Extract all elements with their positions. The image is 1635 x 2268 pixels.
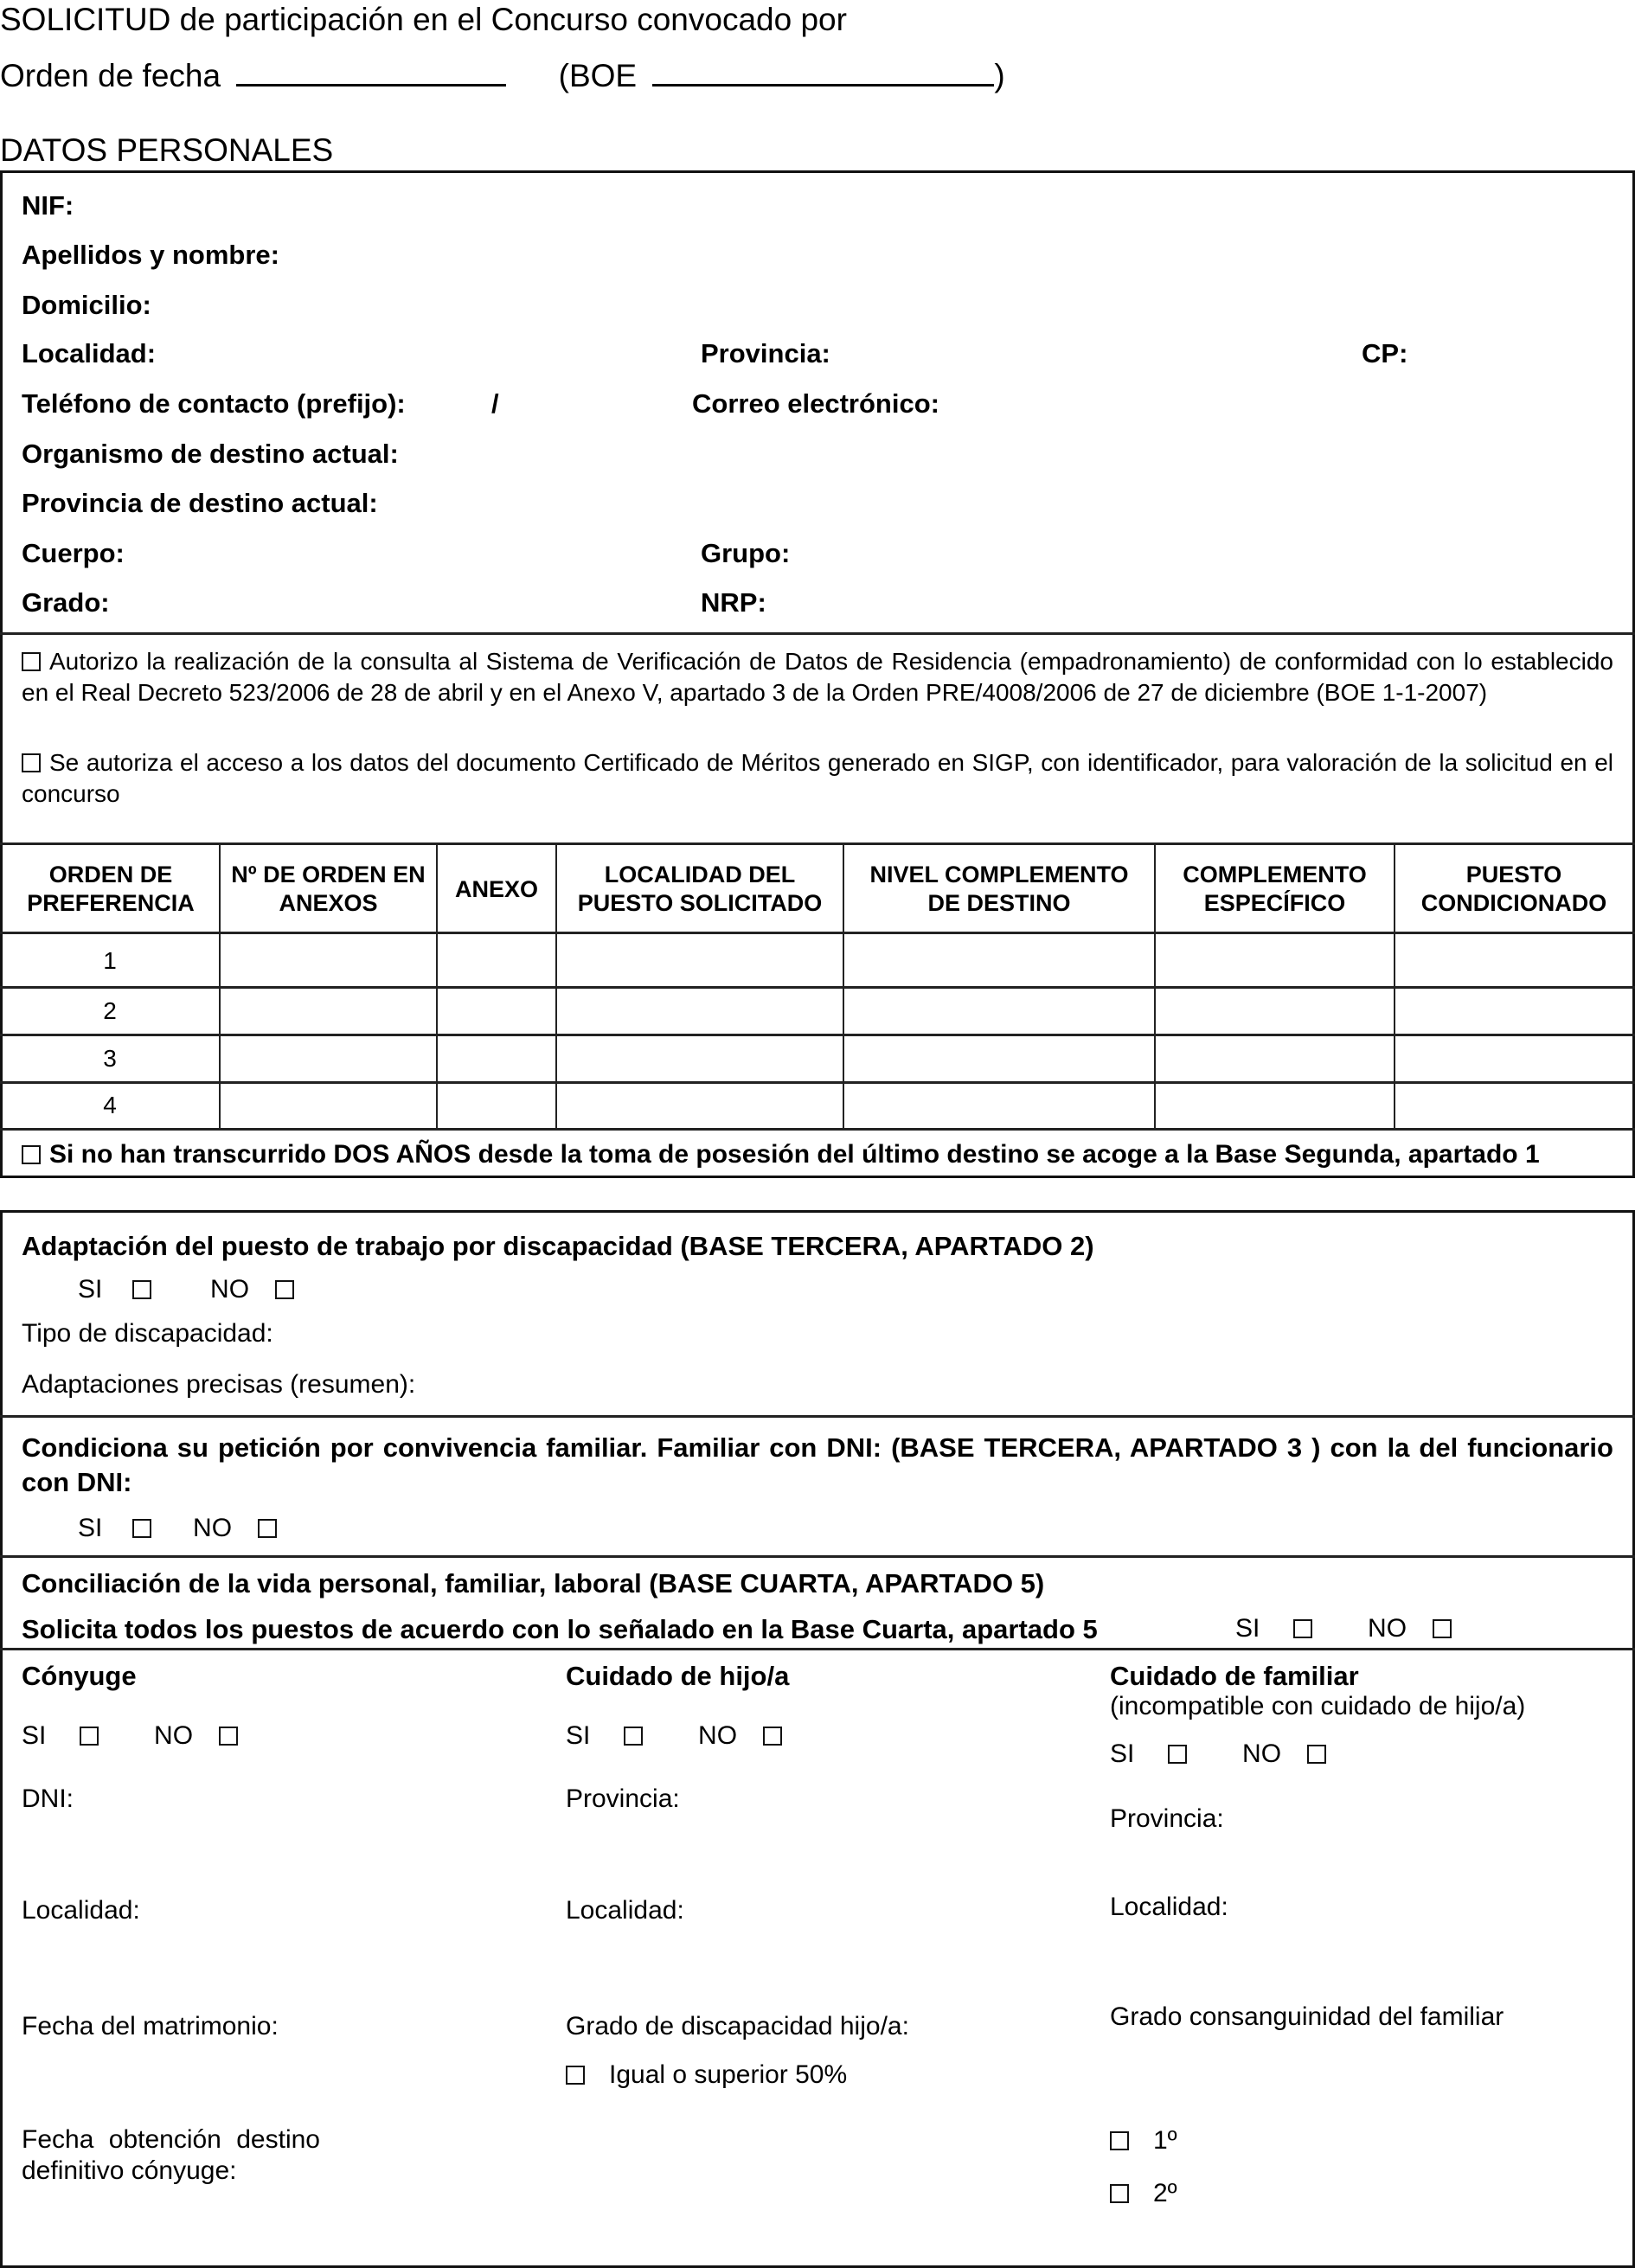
familiar-si-no: SI NO (1110, 1741, 1326, 1767)
field-localidad[interactable]: Localidad: (22, 340, 156, 367)
authorization-residencia-text: Autorizo la realización de la consulta a… (22, 648, 1613, 706)
discapacidad-si-no: SI NO (78, 1277, 294, 1303)
orden-fecha-field[interactable] (236, 58, 506, 86)
convivencia-si-checkbox[interactable] (132, 1519, 151, 1538)
fecha-matrimonio-field[interactable]: Fecha del matrimonio: (22, 2014, 279, 2040)
table-cell[interactable] (845, 1084, 1154, 1125)
table-cell[interactable] (439, 934, 555, 986)
table-cell[interactable] (1157, 934, 1394, 986)
solicita-si-no: SI NO (1235, 1616, 1452, 1642)
adaptaciones-field[interactable]: Adaptaciones precisas (resumen): (22, 1372, 415, 1398)
table-cell[interactable] (439, 1084, 555, 1125)
field-provincia-destino[interactable]: Provincia de destino actual: (22, 490, 378, 516)
boe-open-label: (BOE (559, 58, 637, 93)
conyuge-dni-field[interactable]: DNI: (22, 1786, 74, 1812)
field-grado[interactable]: Grado: (22, 589, 110, 616)
table-cell[interactable] (1396, 989, 1630, 1034)
field-correo[interactable]: Correo electrónico: (692, 390, 939, 417)
hijo-si-label: SI (566, 1721, 590, 1750)
table-cell[interactable] (221, 1036, 436, 1081)
table-cell[interactable] (1157, 989, 1394, 1034)
table-cell[interactable] (221, 934, 436, 986)
table-cell[interactable] (439, 1036, 555, 1081)
th-anexo: ANEXO (438, 846, 555, 932)
familiar-title: Cuidado de familiar (1110, 1663, 1359, 1689)
hijo-localidad-field[interactable]: Localidad: (566, 1898, 684, 1924)
grado-2-label: 2º (1153, 2179, 1177, 2207)
grado-1-option: 1º (1110, 2128, 1177, 2154)
conyuge-title: Cónyuge (22, 1663, 137, 1689)
table-cell[interactable] (1396, 1036, 1630, 1081)
field-telefono[interactable]: Teléfono de contacto (prefijo): (22, 390, 406, 417)
conyuge-localidad-field[interactable]: Localidad: (22, 1898, 140, 1924)
discapacidad-title: Adaptación del puesto de trabajo por dis… (22, 1233, 1094, 1259)
divider (0, 1415, 1635, 1418)
table-cell[interactable] (558, 934, 843, 986)
hijo-si-no: SI NO (566, 1723, 782, 1749)
telefono-separator: / (491, 390, 499, 417)
igual-superior-checkbox[interactable] (566, 2066, 585, 2085)
grado-discapacidad-hijo-field[interactable]: Grado de discapacidad hijo/a: (566, 2014, 909, 2040)
dos-anos-note: Si no han transcurrido DOS AÑOS desde la… (22, 1142, 1540, 1168)
field-grupo[interactable]: Grupo: (701, 540, 790, 567)
table-top-border (0, 842, 1635, 845)
table-row-3-orden: 3 (0, 1047, 220, 1071)
familiar-si-label: SI (1110, 1739, 1134, 1768)
conyuge-si-no: SI NO (22, 1723, 238, 1749)
familiar-no-label: NO (1242, 1739, 1281, 1768)
authorization-meritos: Se autoriza el acceso a los datos del do… (22, 747, 1613, 810)
conyuge-no-checkbox[interactable] (219, 1727, 238, 1746)
solicita-si-label: SI (1235, 1614, 1260, 1643)
convivencia-si-no: SI NO (78, 1515, 277, 1541)
table-cell[interactable] (845, 1036, 1154, 1081)
table-row-2-orden: 2 (0, 999, 220, 1023)
discapacidad-si-checkbox[interactable] (132, 1280, 151, 1299)
th-nivel: NIVEL COMPLEMENTO DE DESTINO (844, 846, 1154, 932)
familiar-subtitle: (incompatible con cuidado de hijo/a) (1110, 1694, 1525, 1720)
authorization-meritos-text: Se autoriza el acceso a los datos del do… (22, 749, 1613, 807)
field-provincia[interactable]: Provincia: (701, 340, 830, 367)
table-cell[interactable] (558, 989, 843, 1034)
table-row-1-orden: 1 (0, 949, 220, 973)
table-cell[interactable] (1157, 1084, 1394, 1125)
divider (0, 1648, 1635, 1650)
table-cell[interactable] (1157, 1036, 1394, 1081)
hijo-title: Cuidado de hijo/a (566, 1663, 789, 1689)
grado-1-checkbox[interactable] (1110, 2131, 1129, 2150)
grado-1-label: 1º (1153, 2126, 1177, 2155)
conyuge-si-checkbox[interactable] (80, 1727, 99, 1746)
th-complemento-especifico: COMPLEMENTO ESPECÍFICO (1156, 846, 1394, 932)
grado-2-option: 2º (1110, 2181, 1177, 2207)
dos-anos-checkbox[interactable] (22, 1145, 41, 1164)
table-bottom-border (0, 1128, 1635, 1131)
conyuge-no-label: NO (154, 1721, 193, 1750)
orden-label: Orden de fecha (0, 58, 221, 93)
familiar-localidad-field[interactable]: Localidad: (1110, 1894, 1228, 1920)
convivencia-no-label: NO (193, 1514, 232, 1542)
grado-consanguinidad-label: Grado consanguinidad del familiar (1110, 2004, 1504, 2030)
discapacidad-no-checkbox[interactable] (275, 1280, 294, 1299)
fecha-destino-conyuge-field[interactable]: Fecha obtención destino definitivo cónyu… (22, 2124, 320, 2187)
th-puesto-condicionado: PUESTO CONDICIONADO (1395, 846, 1632, 932)
field-apellidos[interactable]: Apellidos y nombre: (22, 241, 279, 268)
convivencia-si-label: SI (78, 1514, 102, 1542)
familiar-si-checkbox[interactable] (1168, 1745, 1187, 1764)
solicita-si-checkbox[interactable] (1293, 1619, 1312, 1638)
solicita-no-checkbox[interactable] (1433, 1619, 1452, 1638)
form-title: SOLICITUD de participación en el Concurs… (0, 3, 847, 35)
boe-field[interactable] (652, 58, 994, 86)
field-organismo[interactable]: Organismo de destino actual: (22, 440, 399, 467)
solicita-todos-text: Solicita todos los puestos de acuerdo co… (22, 1616, 1098, 1643)
table-cell[interactable] (558, 1036, 843, 1081)
familiar-no-checkbox[interactable] (1307, 1745, 1326, 1764)
table-row-4-orden: 4 (0, 1093, 220, 1118)
orden-line: Orden de fecha (BOE ) (0, 58, 1005, 92)
conditions-box (0, 1210, 1635, 2268)
table-cell[interactable] (558, 1084, 843, 1125)
divider (0, 1555, 1635, 1558)
dos-anos-text: Si no han transcurrido DOS AÑOS desde la… (49, 1140, 1540, 1169)
hijo-no-label: NO (698, 1721, 737, 1750)
table-cell[interactable] (221, 1084, 436, 1125)
section-title-datos-personales: DATOS PERSONALES (0, 134, 333, 166)
divider (0, 632, 1635, 635)
field-cuerpo[interactable]: Cuerpo: (22, 540, 125, 567)
field-cp[interactable]: CP: (1362, 340, 1407, 367)
table-cell[interactable] (221, 989, 436, 1034)
discapacidad-si-label: SI (78, 1275, 102, 1304)
boe-close-label: ) (994, 58, 1004, 93)
igual-superior-label: Igual o superior 50% (609, 2060, 847, 2089)
th-numero-orden: Nº DE ORDEN EN ANEXOS (221, 846, 436, 932)
residencia-checkbox[interactable] (22, 652, 41, 671)
familiar-provincia-field[interactable]: Provincia: (1110, 1806, 1224, 1832)
table-cell[interactable] (439, 989, 555, 1034)
convivencia-no-checkbox[interactable] (258, 1519, 277, 1538)
th-localidad: LOCALIDAD DEL PUESTO SOLICITADO (557, 846, 843, 932)
igual-superior-option: Igual o superior 50% (566, 2062, 847, 2088)
field-domicilio[interactable]: Domicilio: (22, 292, 151, 318)
table-cell[interactable] (1396, 1084, 1630, 1125)
solicita-no-label: NO (1368, 1614, 1407, 1643)
tipo-discapacidad-field[interactable]: Tipo de discapacidad: (22, 1321, 273, 1347)
table-cell[interactable] (845, 989, 1154, 1034)
th-orden-preferencia: ORDEN DE PREFERENCIA (3, 846, 219, 932)
convivencia-text: Condiciona su petición por convivencia f… (22, 1431, 1613, 1500)
hijo-provincia-field[interactable]: Provincia: (566, 1786, 680, 1812)
field-nrp[interactable]: NRP: (701, 589, 766, 616)
field-nif[interactable]: NIF: (22, 192, 74, 219)
grado-2-checkbox[interactable] (1110, 2184, 1129, 2203)
discapacidad-no-label: NO (210, 1275, 249, 1304)
conciliacion-title: Conciliación de la vida personal, famili… (22, 1570, 1044, 1597)
table-cell[interactable] (845, 934, 1154, 986)
authorization-residencia: Autorizo la realización de la consulta a… (22, 646, 1613, 708)
hijo-si-checkbox[interactable] (624, 1727, 643, 1746)
hijo-no-checkbox[interactable] (763, 1727, 782, 1746)
conyuge-si-label: SI (22, 1721, 46, 1750)
meritos-checkbox[interactable] (22, 753, 41, 772)
table-cell[interactable] (1396, 934, 1630, 986)
